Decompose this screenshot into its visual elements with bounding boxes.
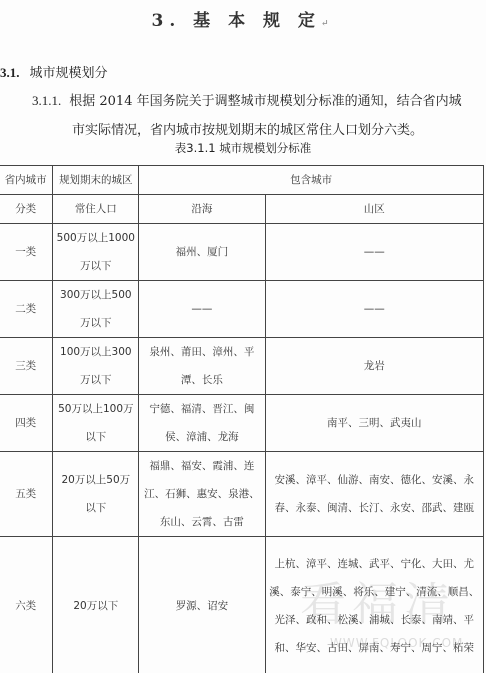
cell-coastal: 罗源、诏安 bbox=[139, 537, 265, 673]
cell-coastal: 泉州、莆田、漳州、平潭、长乐 bbox=[139, 338, 265, 395]
cell-pop: 50万以上100万以下 bbox=[53, 395, 139, 452]
header-mountain: 山区 bbox=[265, 195, 483, 224]
cell-mountain: —— bbox=[265, 224, 483, 281]
cell-coastal: 福州、厦门 bbox=[139, 224, 265, 281]
section-title: 城市规模划分 bbox=[30, 66, 108, 81]
cell-mountain: 上杭、漳平、连城、武平、宁化、大田、尤溪、泰宁、明溪、将乐、建宁、清流、顺昌、光… bbox=[265, 537, 483, 673]
cell-class: 二类 bbox=[0, 281, 53, 338]
cell-coastal: —— bbox=[139, 281, 265, 338]
cell-pop: 20万以上50万以下 bbox=[53, 452, 139, 537]
cell-mountain: 龙岩 bbox=[265, 338, 483, 395]
header-pop: 规划期末的城区 bbox=[53, 166, 139, 195]
header-class: 省内城市 bbox=[0, 166, 53, 195]
cell-mountain: —— bbox=[265, 281, 483, 338]
cell-pop: 100万以上300万以下 bbox=[53, 338, 139, 395]
table-row: 五类 20万以上50万以下 福鼎、福安、霞浦、连江、石狮、惠安、泉港、东山、云霄… bbox=[0, 452, 484, 537]
paragraph: 3.1.1.根据 2014 年国务院关于调整城市规模划分标准的通知，结合省内城 … bbox=[32, 86, 462, 145]
cell-pop: 300万以上500万以下 bbox=[53, 281, 139, 338]
header-pop-2: 常住人口 bbox=[53, 195, 139, 224]
section-heading: 3.1.城市规模划分 bbox=[0, 62, 108, 81]
table-row: 一类 500万以上1000万以下 福州、厦门 —— bbox=[0, 224, 484, 281]
table-row: 六类 20万以下 罗源、诏安 上杭、漳平、连城、武平、宁化、大田、尤溪、泰宁、明… bbox=[0, 537, 484, 673]
table-caption: 表3.1.1 城市规模划分标准 bbox=[0, 140, 486, 156]
header-group: 包含城市 bbox=[139, 166, 484, 195]
cell-pop: 20万以下 bbox=[53, 537, 139, 673]
cell-coastal: 宁德、福清、晋江、闽侯、漳浦、龙海 bbox=[139, 395, 265, 452]
paragraph-number: 3.1.1. bbox=[32, 93, 61, 108]
city-scale-table: 省内城市 规划期末的城区 包含城市 分类 常住人口 沿海 山区 一类 500万以… bbox=[0, 165, 484, 673]
chapter-title: 3. 基 本 规 定↵ bbox=[0, 6, 486, 31]
header-class-2: 分类 bbox=[0, 195, 53, 224]
cell-class: 三类 bbox=[0, 338, 53, 395]
section-number: 3.1. bbox=[0, 65, 20, 80]
cell-pop: 500万以上1000万以下 bbox=[53, 224, 139, 281]
table-row: 四类 50万以上100万以下 宁德、福清、晋江、闽侯、漳浦、龙海 南平、三明、武… bbox=[0, 395, 484, 452]
table-row: 三类 100万以上300万以下 泉州、莆田、漳州、平潭、长乐 龙岩 bbox=[0, 338, 484, 395]
header-coastal: 沿海 bbox=[139, 195, 265, 224]
cell-class: 四类 bbox=[0, 395, 53, 452]
table-row: 二类 300万以上500万以下 —— —— bbox=[0, 281, 484, 338]
cell-class: 六类 bbox=[0, 537, 53, 673]
cell-mountain: 南平、三明、武夷山 bbox=[265, 395, 483, 452]
cell-class: 一类 bbox=[0, 224, 53, 281]
watermark-url: WWW.FQLOOK.COM bbox=[330, 636, 463, 650]
cell-coastal: 福鼎、福安、霞浦、连江、石狮、惠安、泉港、东山、云霄、古雷 bbox=[139, 452, 265, 537]
cell-mountain: 安溪、漳平、仙游、南安、德化、安溪、永春、永泰、闽清、长汀、永安、邵武、建瓯 bbox=[265, 452, 483, 537]
cell-class: 五类 bbox=[0, 452, 53, 537]
paragraph-line-1: 根据 2014 年国务院关于调整城市规模划分标准的通知，结合省内城 bbox=[69, 94, 461, 109]
